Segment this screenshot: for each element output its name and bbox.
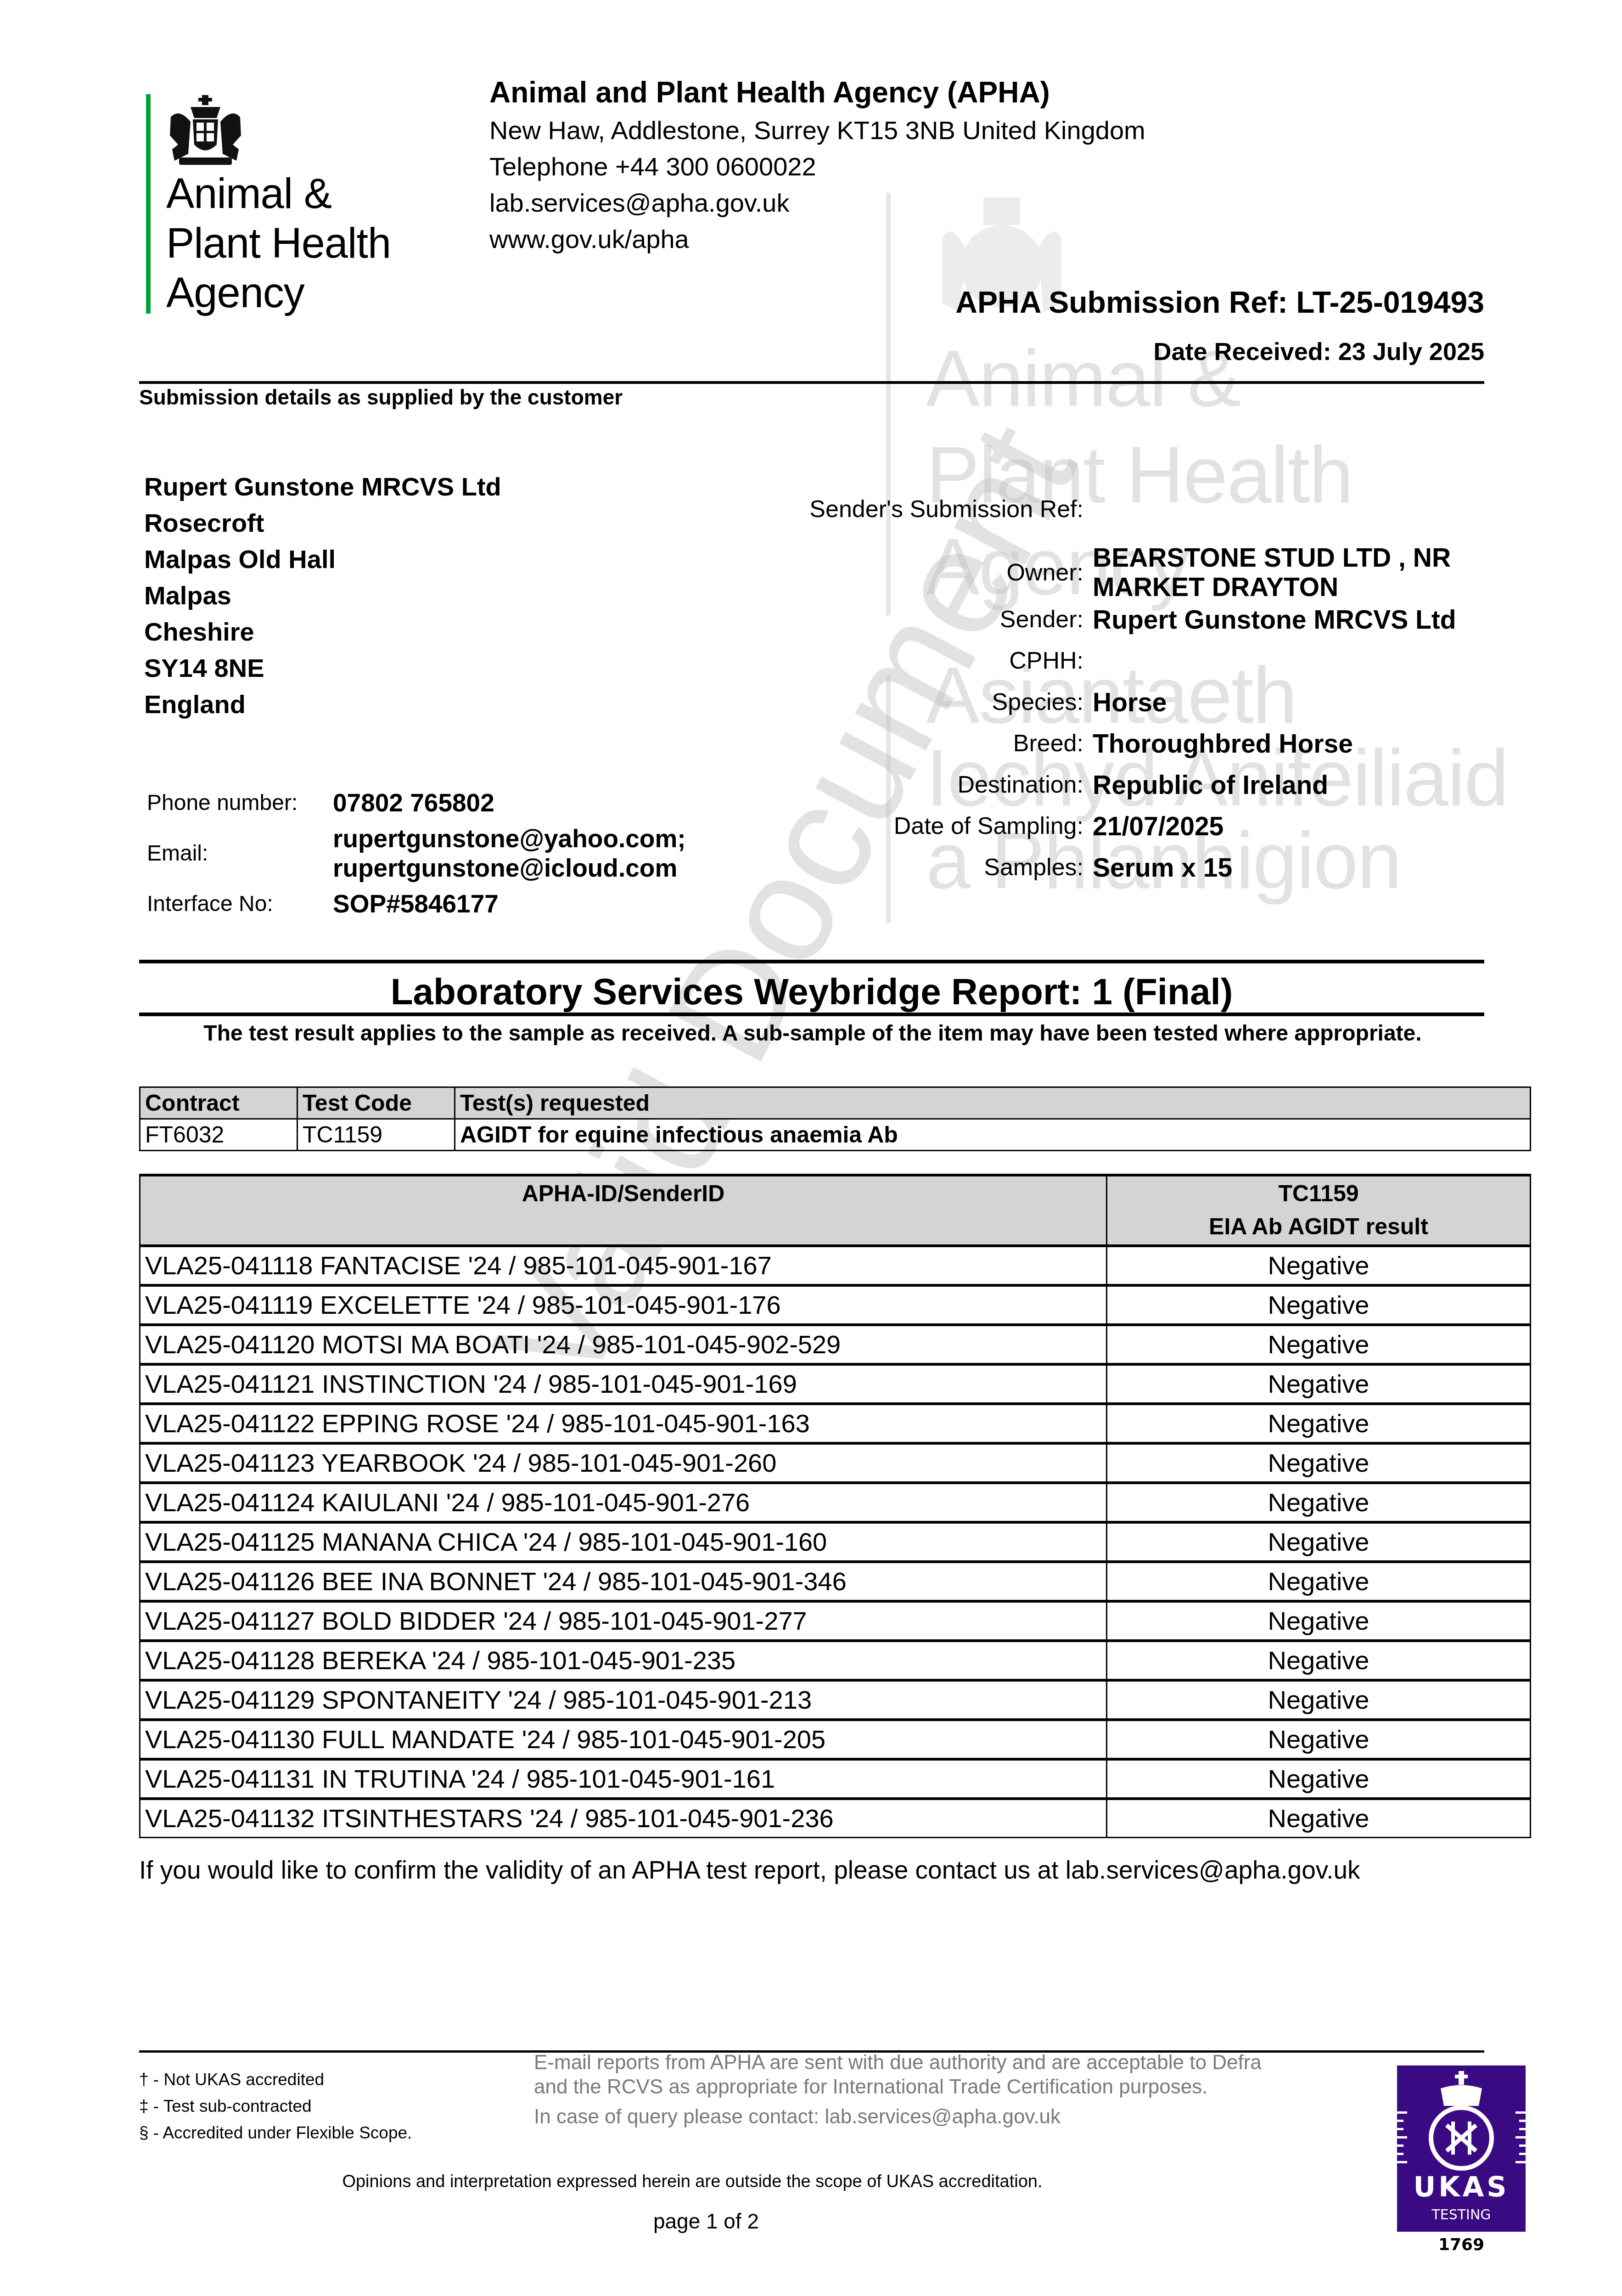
ukas-crown-icon: UKAS TESTING [1397, 2065, 1526, 2232]
sample-id-cell: VLA25-041123 YEARBOOK '24 / 985-101-045-… [140, 1443, 1107, 1483]
phone-label: Phone number: [147, 790, 333, 816]
results-table: APHA-ID/SenderID TC1159 EIA Ab AGIDT res… [139, 1174, 1531, 1838]
sample-id-cell: VLA25-041131 IN TRUTINA '24 / 985-101-04… [140, 1759, 1107, 1799]
sample-id-cell: VLA25-041128 BEREKA '24 / 985-101-045-90… [140, 1641, 1107, 1680]
phone-row: Phone number: 07802 765802 [147, 784, 686, 821]
table-row: VLA25-041129 SPONTANEITY '24 / 985-101-0… [140, 1680, 1531, 1720]
submission-details: Sender's Submission Ref: Owner: BEARSTON… [780, 495, 1497, 895]
result-cell: Negative [1107, 1325, 1531, 1364]
agency-address: New Haw, Addlestone, Surrey KT15 3NB Uni… [489, 112, 1145, 148]
query-text: In case of query please contact: lab.ser… [534, 2105, 1278, 2129]
divider [139, 960, 1484, 963]
header-test-code: TC1159 [1108, 1177, 1529, 1210]
result-cell: Negative [1107, 1404, 1531, 1443]
result-cell: Negative [1107, 1601, 1531, 1641]
sample-id-cell: VLA25-041124 KAIULANI '24 / 985-101-045-… [140, 1483, 1107, 1522]
detail-label: Sender: [780, 605, 1093, 634]
column-header-id: APHA-ID/SenderID [140, 1175, 1107, 1246]
detail-value: Rupert Gunstone MRCVS Ltd [1093, 605, 1497, 635]
interface-row: Interface No: SOP#5846177 [147, 885, 686, 922]
column-header: Contract [140, 1087, 297, 1119]
detail-label: Owner: [780, 558, 1093, 587]
email-value[interactable]: rupertgunstone@yahoo.com; [333, 824, 686, 853]
detail-label: Sender's Submission Ref: [780, 495, 1093, 523]
address-line: Cheshire [144, 613, 501, 650]
report-title: Laboratory Services Weybridge Report: 1 … [139, 964, 1484, 1019]
notice-text: E-mail reports from APHA are sent with d… [534, 2050, 1278, 2099]
table-row: VLA25-041130 FULL MANDATE '24 / 985-101-… [140, 1720, 1531, 1759]
address-line: Malpas Old Hall [144, 541, 501, 577]
interface-value: SOP#5846177 [333, 889, 499, 918]
logo-line: Plant Health [166, 219, 391, 268]
customer-address: Rupert Gunstone MRCVS Ltd Rosecroft Malp… [144, 468, 501, 722]
detail-row-sender-ref: Sender's Submission Ref: [780, 495, 1497, 540]
address-line: Rosecroft [144, 505, 501, 541]
table-row: VLA25-041127 BOLD BIDDER '24 / 985-101-0… [140, 1601, 1531, 1641]
table-header-row: Contract Test Code Test(s) requested [140, 1087, 1531, 1119]
agency-telephone: Telephone +44 300 0600022 [489, 148, 1145, 185]
column-header-result: TC1159 EIA Ab AGIDT result [1107, 1175, 1531, 1246]
detail-label: Destination: [780, 771, 1093, 799]
agency-website-link[interactable]: www.gov.uk/apha [489, 221, 1145, 257]
column-header: Test(s) requested [455, 1087, 1531, 1119]
detail-value: 21/07/2025 [1093, 812, 1497, 841]
table-row: VLA25-041132 ITSINTHESTARS '24 / 985-101… [140, 1799, 1531, 1838]
table-header-row: APHA-ID/SenderID TC1159 EIA Ab AGIDT res… [140, 1175, 1531, 1246]
confirm-validity-text: If you would like to confirm the validit… [139, 1855, 1360, 1885]
result-cell: Negative [1107, 1641, 1531, 1680]
tests-requested-table: Contract Test Code Test(s) requested FT6… [139, 1086, 1531, 1151]
detail-label: Date of Sampling: [780, 812, 1093, 840]
table-row: VLA25-041120 MOTSI MA BOATI '24 / 985-10… [140, 1325, 1531, 1364]
customer-contact: Phone number: 07802 765802 Email: rupert… [147, 784, 686, 922]
sample-id-cell: VLA25-041122 EPPING ROSE '24 / 985-101-0… [140, 1404, 1107, 1443]
detail-row-destination: Destination: Republic of Ireland [780, 771, 1497, 812]
result-cell: Negative [1107, 1522, 1531, 1562]
table-row: VLA25-041123 YEARBOOK '24 / 985-101-045-… [140, 1443, 1531, 1483]
table-row: VLA25-041118 FANTACISE '24 / 985-101-045… [140, 1246, 1531, 1285]
table-row: VLA25-041126 BEE INA BONNET '24 / 985-10… [140, 1562, 1531, 1601]
report-disclaimer: The test result applies to the sample as… [174, 1019, 1451, 1048]
logo-green-bar [146, 94, 151, 314]
detail-row-sampling-date: Date of Sampling: 21/07/2025 [780, 812, 1497, 853]
divider [139, 381, 1484, 384]
detail-value: Horse [1093, 688, 1497, 717]
table-row: VLA25-041119 EXCELETTE '24 / 985-101-045… [140, 1285, 1531, 1325]
detail-label: CPHH: [780, 647, 1093, 675]
table-row: VLA25-041131 IN TRUTINA '24 / 985-101-04… [140, 1759, 1531, 1799]
address-line: Rupert Gunstone MRCVS Ltd [144, 468, 501, 505]
phone-value: 07802 765802 [333, 788, 494, 817]
sample-id-cell: VLA25-041120 MOTSI MA BOATI '24 / 985-10… [140, 1325, 1107, 1364]
sample-id-cell: VLA25-041121 INSTINCTION '24 / 985-101-0… [140, 1364, 1107, 1404]
ukas-number: 1769 [1397, 2235, 1526, 2254]
result-cell: Negative [1107, 1799, 1531, 1838]
sample-id-cell: VLA25-041125 MANANA CHICA '24 / 985-101-… [140, 1522, 1107, 1562]
page-number: page 1 of 2 [34, 2209, 1379, 2234]
result-cell: Negative [1107, 1364, 1531, 1404]
detail-row-samples: Samples: Serum x 15 [780, 853, 1497, 895]
sample-id-cell: VLA25-041127 BOLD BIDDER '24 / 985-101-0… [140, 1601, 1107, 1641]
result-cell: Negative [1107, 1285, 1531, 1325]
agency-contact-block: Animal and Plant Health Agency (APHA) Ne… [489, 73, 1145, 257]
ukas-logo: UKAS TESTING [1397, 2065, 1526, 2232]
table-row: VLA25-041125 MANANA CHICA '24 / 985-101-… [140, 1522, 1531, 1562]
logo-line: Animal & [166, 169, 391, 219]
opinions-disclaimer: Opinions and interpretation expressed he… [11, 2172, 1356, 2192]
address-line: Malpas [144, 577, 501, 613]
detail-value: Republic of Ireland [1093, 771, 1497, 800]
detail-label: Species: [780, 688, 1093, 716]
sample-id-cell: VLA25-041118 FANTACISE '24 / 985-101-045… [140, 1246, 1107, 1285]
table-row: VLA25-041128 BEREKA '24 / 985-101-045-90… [140, 1641, 1531, 1680]
result-cell: Negative [1107, 1720, 1531, 1759]
sample-id-cell: VLA25-041132 ITSINTHESTARS '24 / 985-101… [140, 1799, 1107, 1838]
address-line: England [144, 686, 501, 722]
ukas-sub: TESTING [1431, 2207, 1491, 2223]
table-row: VLA25-041124 KAIULANI '24 / 985-101-045-… [140, 1483, 1531, 1522]
ukas-name: UKAS [1414, 2171, 1510, 2203]
detail-value: BEARSTONE STUD LTD , NR MARKET DRAYTON [1093, 543, 1497, 602]
column-header: Test Code [297, 1087, 455, 1119]
detail-value: Serum x 15 [1093, 853, 1497, 883]
detail-row-species: Species: Horse [780, 688, 1497, 729]
result-cell: Negative [1107, 1680, 1531, 1720]
detail-row-cphh: CPHH: [780, 647, 1497, 688]
result-cell: Negative [1107, 1443, 1531, 1483]
section-title: Submission details as supplied by the cu… [139, 385, 623, 410]
detail-label: Samples: [780, 853, 1093, 882]
result-cell: Negative [1107, 1562, 1531, 1601]
accreditation-legend: † - Not UKAS accredited ‡ - Test sub-con… [139, 2066, 412, 2146]
agency-name: Animal and Plant Health Agency (APHA) [489, 73, 1145, 112]
legend-item: § - Accredited under Flexible Scope. [139, 2120, 412, 2146]
result-cell: Negative [1107, 1483, 1531, 1522]
detail-value: Thoroughbred Horse [1093, 729, 1497, 759]
submission-ref: APHA Submission Ref: LT-25-019493 [955, 285, 1484, 320]
agency-email-link[interactable]: lab.services@apha.gov.uk [489, 185, 1145, 221]
sample-id-cell: VLA25-041129 SPONTANEITY '24 / 985-101-0… [140, 1680, 1107, 1720]
logo-line: Agency [166, 268, 391, 318]
agency-logo-text: Animal & Plant Health Agency [166, 169, 391, 318]
legend-item: † - Not UKAS accredited [139, 2066, 412, 2093]
sample-id-cell: VLA25-041119 EXCELETTE '24 / 985-101-045… [140, 1285, 1107, 1325]
result-cell: Negative [1107, 1759, 1531, 1799]
royal-coat-of-arms-icon [165, 94, 246, 168]
header-result-label: EIA Ab AGIDT result [1108, 1210, 1529, 1243]
table-row: VLA25-041121 INSTINCTION '24 / 985-101-0… [140, 1364, 1531, 1404]
detail-label: Breed: [780, 729, 1093, 758]
detail-row-sender: Sender: Rupert Gunstone MRCVS Ltd [780, 605, 1497, 647]
result-cell: Negative [1107, 1246, 1531, 1285]
test-code-cell: TC1159 [297, 1119, 455, 1151]
contract-cell: FT6032 [140, 1119, 297, 1151]
table-row: VLA25-041122 EPPING ROSE '24 / 985-101-0… [140, 1404, 1531, 1443]
legend-item: ‡ - Test sub-contracted [139, 2093, 412, 2120]
detail-row-owner: Owner: BEARSTONE STUD LTD , NR MARKET DR… [780, 540, 1497, 605]
table-row: FT6032 TC1159 AGIDT for equine infectiou… [140, 1119, 1531, 1151]
email-notice: E-mail reports from APHA are sent with d… [534, 2050, 1278, 2129]
email-row: Email: rupertgunstone@yahoo.com; rupertg… [147, 821, 686, 885]
interface-label: Interface No: [147, 891, 333, 917]
address-line: SY14 8NE [144, 650, 501, 686]
email-value[interactable]: rupertgunstone@icloud.com [333, 853, 686, 883]
email-label: Email: [147, 841, 333, 866]
test-requested-cell: AGIDT for equine infectious anaemia Ab [455, 1119, 1531, 1151]
sample-id-cell: VLA25-041126 BEE INA BONNET '24 / 985-10… [140, 1562, 1107, 1601]
date-received: Date Received: 23 July 2025 [1154, 338, 1484, 366]
detail-row-breed: Breed: Thoroughbred Horse [780, 729, 1497, 771]
sample-id-cell: VLA25-041130 FULL MANDATE '24 / 985-101-… [140, 1720, 1107, 1759]
divider [139, 1013, 1484, 1016]
